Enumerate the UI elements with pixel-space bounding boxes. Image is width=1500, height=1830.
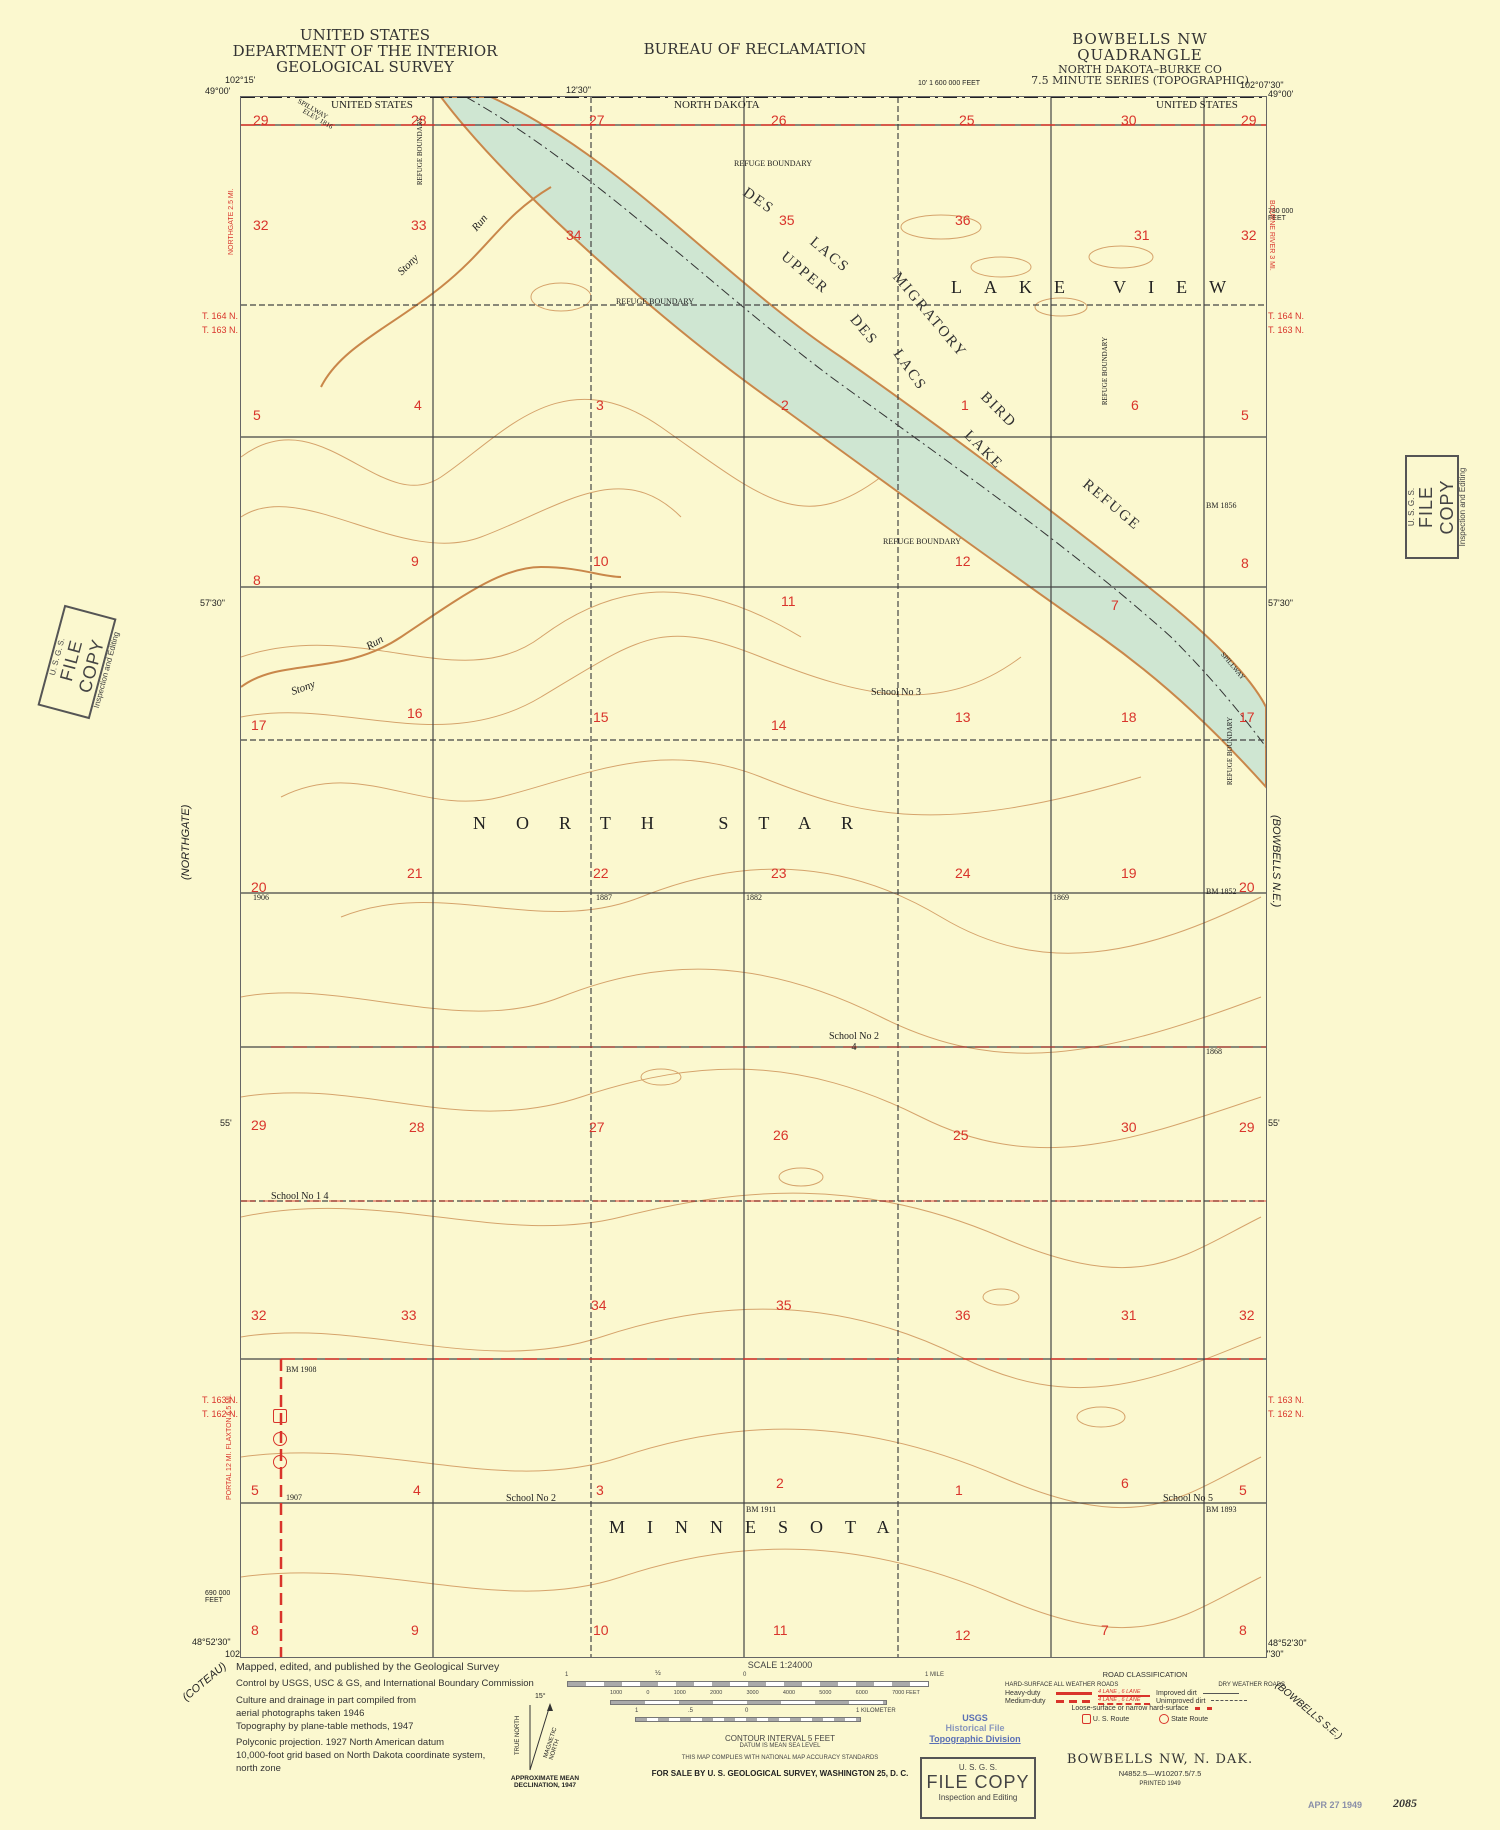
- section-29: 29: [253, 112, 269, 128]
- section-27: 27: [589, 112, 605, 128]
- bm-1911: BM 1911: [746, 1505, 776, 1514]
- state-route-legend: State Route: [1159, 1714, 1208, 1724]
- section-17-right: 17: [1239, 709, 1255, 725]
- us-right: UNITED STATES: [1156, 99, 1238, 111]
- stony-run-creek: [241, 567, 621, 687]
- declination-angle: 15°: [535, 1693, 546, 1700]
- file-copy-stamp-right: U. S. G. S. FILE COPY Inspection and Edi…: [1405, 455, 1459, 559]
- agency-line-3: GEOLOGICAL SURVEY: [215, 60, 515, 76]
- us-route-label: U. S. Route: [1093, 1716, 1129, 1723]
- refuge-boundary-2: REFUGE BOUNDARY: [616, 297, 694, 306]
- quad-title-block: BOWBELLS NW QUADRANGLE NORTH DAKOTA–BURK…: [1015, 32, 1265, 87]
- km-half: .5: [688, 1708, 693, 1714]
- low-left-lat: 55': [220, 1118, 232, 1128]
- refuge-boundary-1: REFUGE BOUNDARY: [734, 159, 812, 168]
- section-36-b: 36: [955, 1307, 971, 1323]
- section-1: 1: [961, 397, 969, 413]
- section-36: 36: [955, 212, 971, 228]
- section-19: 19: [1121, 865, 1137, 881]
- us-left: UNITED STATES: [331, 99, 413, 111]
- bm-1893: BM 1893: [1206, 1505, 1236, 1514]
- section-17: 17: [251, 717, 267, 733]
- section-5-b-right: 5: [1239, 1482, 1247, 1498]
- section-7: 7: [1111, 597, 1119, 613]
- historical-line-2: Historical File: [925, 1723, 1025, 1733]
- refuge-boundary-4: REFUGE BOUNDARY: [416, 117, 424, 185]
- section-10: 10: [593, 553, 609, 569]
- lanes-label-1: 4 LANE , 6 LANE: [1098, 1689, 1150, 1697]
- section-20-right: 20: [1239, 879, 1255, 895]
- section-11-b: 11: [773, 1622, 788, 1638]
- section-2: 2: [781, 397, 789, 413]
- heavy-duty-label: Heavy-duty: [1005, 1690, 1050, 1697]
- section-30: 30: [1121, 112, 1137, 128]
- unimproved-dirt-label: Unimproved dirt: [1156, 1698, 1205, 1705]
- state-route-marker-1: [273, 1432, 287, 1446]
- ft-tick: 6000: [856, 1690, 868, 1696]
- section-22: 22: [593, 865, 609, 881]
- mid-right-lat: 57'30": [1268, 598, 1293, 608]
- mile-right: 1 MILE: [925, 1672, 944, 1678]
- file-copy-stamp-bottom: U. S. G. S. FILE COPY Inspection and Edi…: [920, 1757, 1036, 1819]
- section-5: 5: [253, 407, 261, 423]
- bourne-river-distance: BOURNE RIVER 3 MI.: [1268, 200, 1275, 271]
- section-26: 26: [771, 112, 787, 128]
- km-left: 1: [635, 1708, 638, 1714]
- km-bar: [635, 1717, 861, 1722]
- km-zero: 0: [745, 1708, 748, 1714]
- bottom-right-lat: 48°52'30": [1268, 1638, 1307, 1648]
- road-legend-title: ROAD CLASSIFICATION: [1005, 1670, 1285, 1679]
- ft-tick: 5000: [819, 1690, 831, 1696]
- section-14: 14: [771, 717, 787, 733]
- credit-line-1: Mapped, edited, and published by the Geo…: [236, 1660, 534, 1674]
- section-10-b: 10: [593, 1622, 609, 1638]
- ft-tick: 1000: [610, 1690, 622, 1696]
- loose-surface-symbol: [1195, 1707, 1219, 1710]
- top-mid-lon: 12'30": [566, 85, 591, 95]
- stamp-sub: Inspection and Editing: [1458, 457, 1467, 557]
- mile-zero: 0: [743, 1672, 746, 1678]
- quad-series: 7.5 MINUTE SERIES (TOPOGRAPHIC): [1015, 75, 1265, 87]
- feet-bar: [610, 1700, 887, 1705]
- stamp-org: U. S. G. S.: [1407, 457, 1416, 557]
- agency-block: UNITED STATES DEPARTMENT OF THE INTERIOR…: [215, 28, 515, 75]
- section-32: 32: [253, 217, 269, 233]
- t163n-right-2: T. 163 N.: [1268, 1395, 1304, 1405]
- state-route-circle-icon: [1159, 1714, 1169, 1724]
- route-symbols-row: U. S. Route State Route: [1005, 1714, 1285, 1724]
- section-13: 13: [955, 709, 971, 725]
- school-no-2: School No 2: [506, 1493, 556, 1504]
- section-34-b: 34: [591, 1297, 607, 1313]
- section-4-b: 4: [413, 1482, 421, 1498]
- credit-line-7: 10,000-foot grid based on North Dakota c…: [236, 1750, 534, 1763]
- t163n-left: T. 163 N.: [202, 325, 238, 335]
- section-15: 15: [593, 709, 609, 725]
- mile-half: ½: [655, 1670, 661, 1677]
- t163n-right: T. 163 N.: [1268, 325, 1304, 335]
- section-9: 9: [411, 553, 419, 569]
- credit-line-2: Control by USGS, USC & GS, and Internati…: [236, 1678, 534, 1691]
- heavy-duty-symbol: [1056, 1692, 1092, 1695]
- section-32-b: 32: [251, 1307, 267, 1323]
- mid-left-lat: 57'30": [200, 598, 225, 608]
- elev-1869: 1869: [1053, 893, 1069, 902]
- section-23: 23: [771, 865, 787, 881]
- bottom-left-lat: 48°52'30": [192, 1637, 231, 1647]
- road-legend-headers: HARD-SURFACE ALL WEATHER ROADS DRY WEATH…: [1005, 1682, 1285, 1688]
- stamp-file-copy: FILE COPY: [1416, 457, 1458, 557]
- section-28-b: 28: [409, 1119, 425, 1135]
- upper-des-lacs-lake: [441, 97, 1266, 787]
- section-7-b: 7: [1101, 1622, 1109, 1638]
- unimproved-dirt-symbol: [1211, 1700, 1247, 1702]
- section-33-b: 33: [401, 1307, 417, 1323]
- section-6: 6: [1131, 397, 1139, 413]
- stamp-org: U. S. G. S.: [922, 1763, 1034, 1772]
- top-grid-value: 1 600 000 FEET: [929, 80, 980, 87]
- state-route-label: State Route: [1171, 1716, 1208, 1723]
- ft-tick: 2000: [710, 1690, 722, 1696]
- school-no-24: School No 2 4: [829, 1031, 879, 1053]
- section-3: 3: [596, 397, 604, 413]
- school-no-5: School No 5: [1163, 1493, 1213, 1504]
- section-5-b: 5: [251, 1482, 259, 1498]
- ft-tick: 3000: [746, 1690, 758, 1696]
- mile-bar: [567, 1681, 929, 1687]
- elev-1907: 1907: [286, 1493, 302, 1502]
- section-26-b: 26: [773, 1127, 789, 1143]
- declination-caption-2: DECLINATION, 1947: [495, 1782, 595, 1789]
- cooperator: BUREAU OF RECLAMATION: [640, 42, 870, 58]
- scale-title: SCALE 1:24000: [560, 1660, 1000, 1670]
- refuge-boundary-6: REFUGE BOUNDARY: [1226, 717, 1234, 785]
- section-31: 31: [1134, 227, 1150, 243]
- ft-tick: 7000 FEET: [892, 1690, 920, 1696]
- refuge-boundary-3: REFUGE BOUNDARY: [883, 537, 961, 546]
- top-right-lat: 49°00': [1268, 89, 1293, 99]
- place-north-star: NORTH STAR: [473, 813, 883, 834]
- left-grid: 690 000 FEET: [205, 1590, 240, 1604]
- section-16: 16: [407, 705, 423, 721]
- date-stamp: APR 27 1949: [1308, 1800, 1362, 1810]
- footer-block: BOWBELLS NW, N. DAK. N4852.5—W10207.5/7.…: [1060, 1752, 1260, 1787]
- section-35-b: 35: [776, 1297, 792, 1313]
- elev-1906: 1906: [253, 893, 269, 902]
- map-graphics: [241, 97, 1266, 1657]
- northgate-side-label: (NORTHGATE): [180, 805, 192, 880]
- section-35: 35: [779, 212, 795, 228]
- top-left-lon: 102°15': [225, 75, 255, 85]
- credit-line-4: aerial photographs taken 1946: [236, 1708, 534, 1721]
- top-mid2-lon: 10' 1 600 000 FEET: [918, 80, 980, 87]
- hard-surface-header: HARD-SURFACE ALL WEATHER ROADS: [1005, 1682, 1118, 1688]
- elev-1882: 1882: [746, 893, 762, 902]
- feet-scale: 1000 0 1000 2000 3000 4000 5000 6000 700…: [560, 1694, 1000, 1710]
- elev-1868: 1868: [1206, 1047, 1222, 1056]
- section-8-b: 8: [251, 1622, 259, 1638]
- medium-duty-label: Medium-duty: [1005, 1698, 1050, 1705]
- place-minnesota: MINNESOTA: [609, 1517, 912, 1538]
- section-27-b: 27: [589, 1119, 605, 1135]
- km-right: 1 KILOMETER: [856, 1708, 896, 1714]
- top-left-lat: 49°00': [205, 86, 230, 96]
- footer-map-name: BOWBELLS NW, N. DAK.: [1060, 1752, 1260, 1767]
- bm-1908: BM 1908: [286, 1365, 316, 1374]
- section-6-b: 6: [1121, 1475, 1129, 1491]
- school-no-14: School No 1 4: [271, 1191, 329, 1202]
- section-25-b: 25: [953, 1127, 969, 1143]
- file-copy-stamp-left: U. S. G. S. FILE COPY Inspection and Edi…: [37, 605, 116, 719]
- section-32-b-right: 32: [1239, 1307, 1255, 1323]
- dry-weather-header: DRY WEATHER ROADS: [1218, 1682, 1285, 1688]
- improved-dirt-label: Improved dirt: [1156, 1690, 1197, 1697]
- feet-ticks: 1000 0 1000 2000 3000 4000 5000 6000 700…: [610, 1690, 920, 1696]
- section-21: 21: [407, 865, 423, 881]
- section-2-b: 2: [776, 1475, 784, 1491]
- footer-code: N4852.5—W10207.5/7.5: [1060, 1769, 1260, 1778]
- t164n-left: T. 164 N.: [202, 311, 238, 321]
- section-29-right: 29: [1241, 112, 1257, 128]
- north-dakota: NORTH DAKOTA: [674, 99, 760, 111]
- ft-tick: 1000: [674, 1690, 686, 1696]
- historical-line-3: Topographic Division: [925, 1734, 1025, 1744]
- section-30-b: 30: [1121, 1119, 1137, 1135]
- section-4: 4: [414, 397, 422, 413]
- contour-lines: [241, 215, 1261, 1628]
- us-route-shield-icon: [1082, 1714, 1091, 1724]
- section-32-right: 32: [1241, 227, 1257, 243]
- us-route-legend: U. S. Route: [1082, 1714, 1129, 1724]
- section-18: 18: [1121, 709, 1137, 725]
- ft-tick: 0: [646, 1690, 649, 1696]
- handwritten-number: 2085: [1393, 1796, 1417, 1811]
- section-8-right: 8: [1241, 555, 1249, 571]
- refuge-boundary-5: REFUGE BOUNDARY: [1101, 337, 1109, 405]
- section-5-right: 5: [1241, 407, 1249, 423]
- t162n-right-2: T. 162 N.: [1268, 1409, 1304, 1419]
- mile-scale: 1 ½ 0 1 MILE: [560, 1676, 1000, 1690]
- section-12: 12: [955, 553, 971, 569]
- bm-1856: BM 1856: [1206, 501, 1236, 510]
- improved-dirt-symbol: [1203, 1693, 1239, 1694]
- bm-1852: BM 1852: [1206, 887, 1236, 896]
- section-8-b-right: 8: [1239, 1622, 1247, 1638]
- credit-line-5: Topography by plane-table methods, 1947: [236, 1721, 534, 1734]
- section-33: 33: [411, 217, 427, 233]
- section-8: 8: [253, 572, 261, 588]
- section-1-b: 1: [955, 1482, 963, 1498]
- quad-title: BOWBELLS NW QUADRANGLE: [1015, 32, 1265, 64]
- road-legend: ROAD CLASSIFICATION HARD-SURFACE ALL WEA…: [1005, 1670, 1285, 1724]
- credit-line-8: north zone: [236, 1763, 534, 1776]
- section-25: 25: [959, 112, 975, 128]
- section-34: 34: [566, 227, 582, 243]
- medium-duty-symbol: [1056, 1700, 1092, 1703]
- northgate-distance: NORTHGATE 2.5 MI.: [228, 188, 235, 255]
- loose-surface-label: Loose-surface or narrow hard-surface: [1071, 1705, 1188, 1712]
- footer-printed: PRINTED 1949: [1060, 1781, 1260, 1787]
- credit-line-6: Polyconic projection. 1927 North America…: [236, 1737, 534, 1750]
- ft-tick: 4000: [783, 1690, 795, 1696]
- top-10-min: 10': [918, 80, 927, 87]
- stamp-sub: Inspection and Editing: [922, 1793, 1034, 1802]
- section-12-b: 12: [955, 1627, 971, 1643]
- mile-left: 1: [565, 1672, 568, 1678]
- lanes-label-2: 4 LANE , 6 LANE: [1098, 1697, 1150, 1705]
- section-31-b: 31: [1121, 1307, 1137, 1323]
- bowbells-ne-side-label: (BOWBELLS N.E.): [1270, 815, 1282, 907]
- portal-flaxton-distance: PORTAL 12 MI. FLAXTON 6.5 MI.: [226, 1380, 233, 1500]
- section-29-b-right: 29: [1239, 1119, 1255, 1135]
- us-route-shield: [273, 1409, 287, 1423]
- stamp-file-copy: FILE COPY: [922, 1772, 1034, 1793]
- section-3-b: 3: [596, 1482, 604, 1498]
- credits-block: Mapped, edited, and published by the Geo…: [236, 1660, 534, 1776]
- state-route-marker-2: [273, 1455, 287, 1469]
- t164n-right: T. 164 N.: [1268, 311, 1304, 321]
- section-24: 24: [955, 865, 971, 881]
- place-lake-view: LAKE VIEW: [951, 277, 1248, 298]
- heavy-duty-row: Heavy-duty 4 LANE , 6 LANE Improved dirt: [1005, 1689, 1285, 1697]
- loose-surface-row: Loose-surface or narrow hard-surface: [1005, 1705, 1285, 1712]
- section-9-b: 9: [411, 1622, 419, 1638]
- topographic-map[interactable]: CANADA UNITED STATES SASKATCHEWAN NORTH …: [240, 96, 1267, 1658]
- elev-1887: 1887: [596, 893, 612, 902]
- medium-duty-row: Medium-duty 4 LANE , 6 LANE Unimproved d…: [1005, 1697, 1285, 1705]
- true-north-label: TRUE NORTH: [515, 1716, 521, 1755]
- school-no-3: School No 3: [871, 687, 921, 698]
- section-29-b: 29: [251, 1117, 267, 1133]
- section-11: 11: [781, 593, 796, 609]
- credit-line-3: Culture and drainage in part compiled fr…: [236, 1695, 534, 1708]
- low-right-lat: 55': [1268, 1118, 1280, 1128]
- coteau-label: (COTEAU): [180, 1660, 228, 1703]
